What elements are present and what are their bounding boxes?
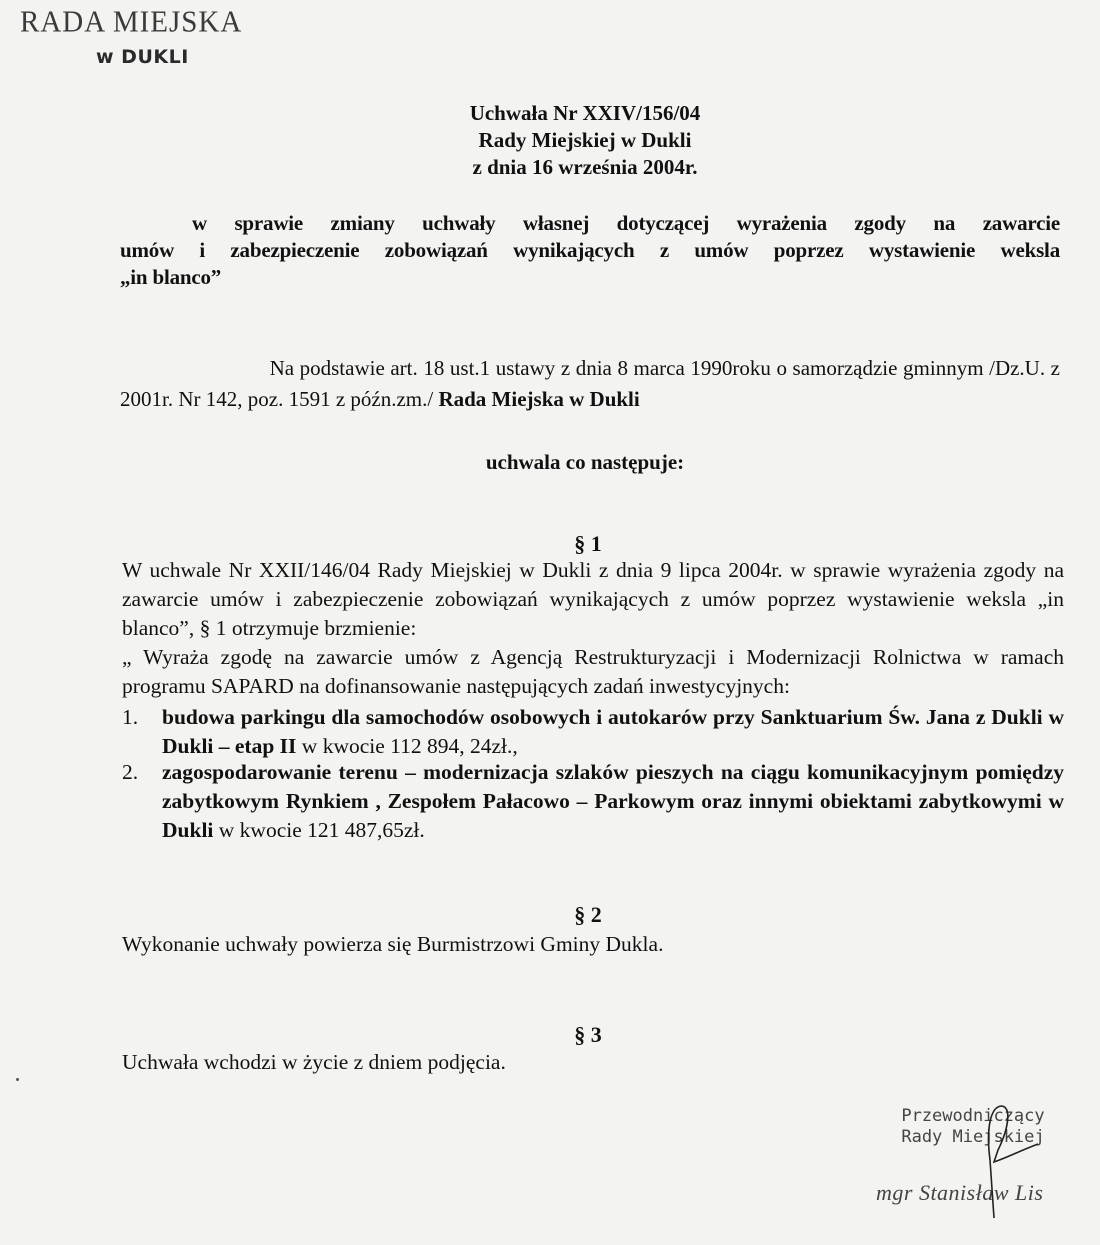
subject-line-2: umów i zabezpieczenie zobowiązań wynikaj… — [120, 237, 1060, 264]
list-item: 2. zagospodarowanie terenu – modernizacj… — [122, 758, 1064, 845]
legal-basis-body: Rada Miejska w Dukli — [438, 387, 639, 411]
resolution-date: z dnia 16 września 2004r. — [400, 154, 770, 181]
resolution-issuer: Rady Miejskiej w Dukli — [400, 127, 770, 154]
stamp-town: w DUKLI — [96, 46, 189, 68]
section-2-heading: § 2 — [548, 902, 628, 928]
list-item-amount: w kwocie 112 894, 24zł., — [296, 734, 517, 758]
section-1-text: W uchwale Nr XXII/146/04 Rady Miejskiej … — [122, 556, 1064, 643]
section-1-quote: „ Wyraża zgodę na zawarcie umów z Agencj… — [122, 643, 1064, 701]
section-1-heading: § 1 — [548, 531, 628, 557]
document-page: RADA MIEJSKA w DUKLI Uchwała Nr XXIV/156… — [0, 0, 1100, 1245]
section-3-text: Uchwała wchodzi w życie z dniem podjęcia… — [122, 1048, 1064, 1077]
subject-line-3: „in blanco” — [120, 264, 1060, 291]
section-2-text: Wykonanie uchwały powierza się Burmistrz… — [122, 930, 1064, 959]
list-item-number: 2. — [122, 758, 162, 787]
resolution-number: Uchwała Nr XXIV/156/04 — [400, 100, 770, 127]
legal-basis: Na podstawie art. 18 ust.1 ustawy z dnia… — [120, 353, 1060, 415]
section-3-heading: § 3 — [548, 1022, 628, 1048]
handwritten-signature-icon — [950, 1100, 1040, 1220]
list-item-amount: w kwocie 121 487,65zł. — [213, 818, 424, 842]
decrees-heading: uchwala co następuje: — [400, 450, 770, 475]
list-item: 1. budowa parkingu dla samochodów osobow… — [122, 703, 1064, 761]
stamp-council-name: RADA MIEJSKA — [20, 5, 242, 40]
subject-line-1: w sprawie zmiany uchwały własnej dotyczą… — [120, 210, 1060, 237]
resolution-subject: w sprawie zmiany uchwały własnej dotyczą… — [120, 210, 1060, 291]
resolution-title: Uchwała Nr XXIV/156/04 Rady Miejskiej w … — [400, 100, 770, 181]
list-item-number: 1. — [122, 703, 162, 732]
scan-speck — [16, 1078, 19, 1081]
